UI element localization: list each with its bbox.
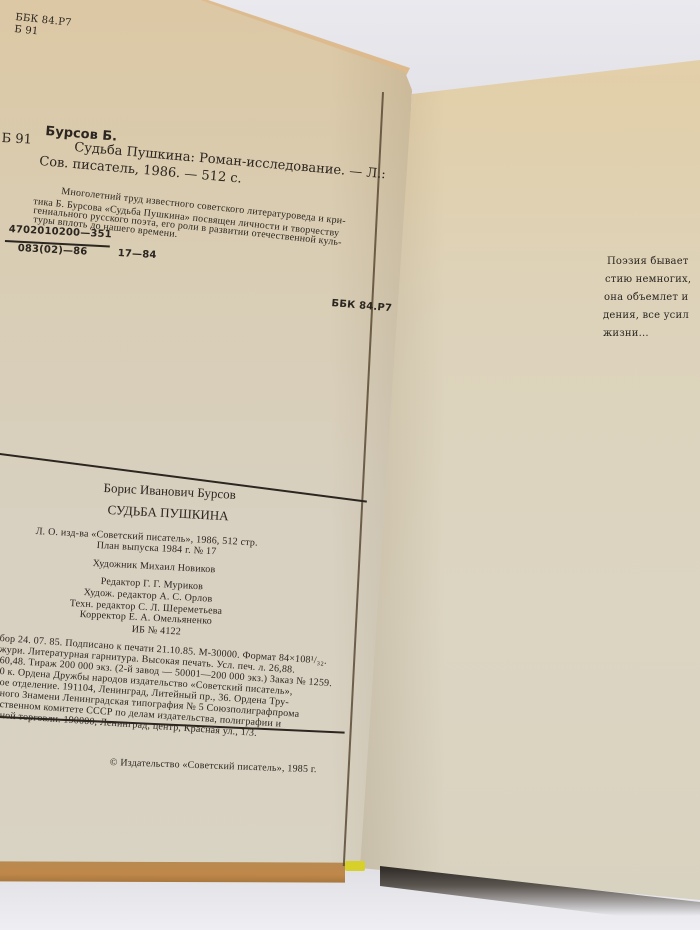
top-index-code: Б 91 <box>14 24 39 37</box>
code-suffix: 17—84 <box>117 248 156 261</box>
epigraph-line: она объемлет и <box>604 292 688 303</box>
epigraph-line: Поэзия бывает <box>607 256 689 267</box>
right-page-shade <box>360 60 700 930</box>
spine-tape <box>345 861 365 871</box>
left-page-bottom-edge <box>0 861 345 882</box>
catalog-index: Б 91 <box>1 131 32 148</box>
epigraph-line: стию немногих, <box>605 274 691 285</box>
epigraph-line: жизни... <box>603 328 649 339</box>
epigraph-line: дения, все усил <box>603 310 689 321</box>
